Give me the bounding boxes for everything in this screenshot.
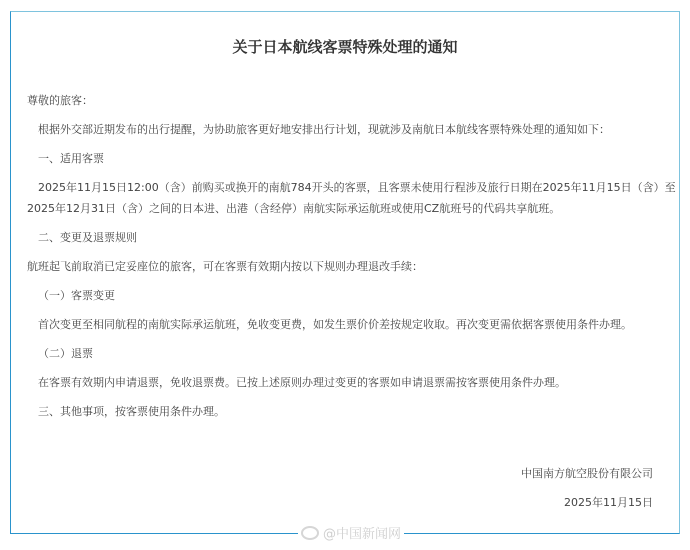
section-1-text-line-1: 2025年11月15日12:00（含）前购买或换开的南航784开头的客票，且客票… (38, 181, 676, 195)
intro-paragraph: 根据外交部近期发布的出行提醒，为协助旅客更好地安排出行计划，现就涉及南航日本航线… (38, 123, 610, 137)
subsection-1-heading: （一）客票变更 (38, 289, 115, 303)
section-1-text-line-2: 2025年12月31日（含）之间的日本进、出港（含经停）南航实际承运航班或使用C… (27, 202, 560, 216)
section-2-heading: 二、变更及退票规则 (38, 231, 137, 245)
watermark-text: @中国新闻网 (323, 523, 401, 542)
notice-container: 关于日本航线客票特殊处理的通知 尊敬的旅客： 根据外交部近期发布的出行提醒，为协… (10, 11, 680, 534)
section-1-heading: 一、适用客票 (38, 152, 104, 166)
subsection-1-text: 首次变更至相同航程的南航实际承运航班，免收变更费，如发生票价价差按规定收取。再次… (38, 318, 632, 332)
weibo-logo-icon (301, 526, 319, 540)
signature-company: 中国南方航空股份有限公司 (521, 465, 653, 481)
section-2-intro: 航班起飞前取消已定妥座位的旅客，可在客票有效期内按以下规则办理退改手续： (27, 260, 423, 274)
subsection-2-heading: （二）退票 (38, 347, 93, 361)
watermark: @中国新闻网 (298, 523, 404, 542)
signature-date: 2025年11月15日 (564, 494, 653, 510)
greeting: 尊敬的旅客： (27, 94, 93, 108)
subsection-2-text: 在客票有效期内申请退票，免收退票费。已按上述原则办理过变更的客票如申请退票需按客… (38, 376, 566, 390)
section-3-heading: 三、其他事项，按客票使用条件办理。 (38, 405, 225, 419)
notice-title: 关于日本航线客票特殊处理的通知 (11, 36, 679, 57)
